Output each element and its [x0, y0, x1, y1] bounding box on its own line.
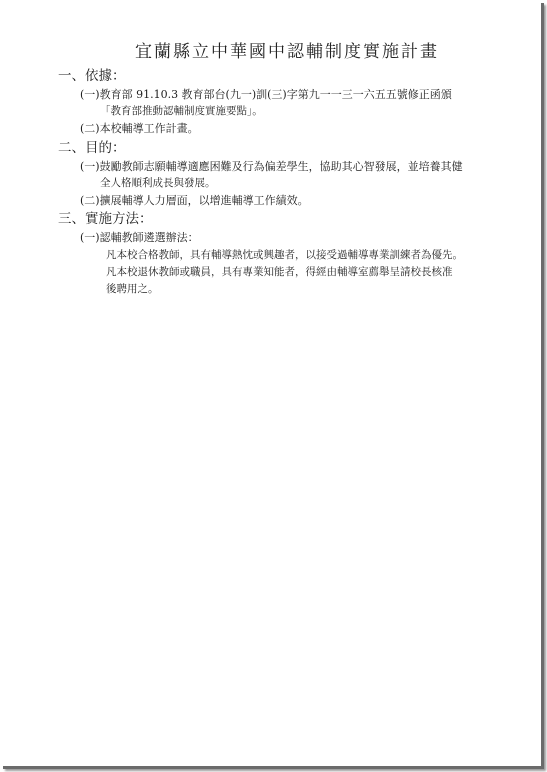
purpose-item-2: (二)擴展輔導人力層面，以增進輔導工作績效。	[80, 195, 309, 206]
basis-item-2: (二)本校輔導工作計畫。	[80, 123, 199, 134]
document-page: 宜蘭縣立中華國中認輔制度實施計畫 一、依據： (一)教育部 91.10.3 教育…	[0, 0, 541, 766]
methods-sub1-line: 後聘用之。	[106, 284, 159, 295]
section-heading-purpose: 二、目的：	[58, 142, 126, 156]
methods-sub1-heading: (一)認輔教師遴選辦法：	[80, 232, 199, 243]
basis-item-1: (一)教育部 91.10.3 教育部台(九一)訓(三)字第九一一三一六五五號修正…	[80, 89, 452, 100]
page-title: 宜蘭縣立中華國中認輔制度實施計畫	[135, 44, 439, 61]
methods-sub1-line: 凡本校退休教師或職員，具有專業知能者，得經由輔導室薦舉呈請校長核准	[106, 267, 453, 278]
section-heading-methods: 三、實施方法：	[58, 213, 153, 227]
purpose-item-1: (一)鼓勵教師志願輔導適應困難及行為偏差學生，協助其心智發展，並培養其健	[80, 161, 463, 172]
methods-sub1-line: 凡本校合格教師，具有輔導熱忱或興趣者，以接受過輔導專業訓練者為優先。	[106, 250, 463, 261]
purpose-item-1-cont: 全人格順利成長與發展。	[100, 178, 216, 189]
section-heading-basis: 一、依據：	[58, 70, 126, 84]
basis-item-1-cont: 「教育部推動認輔制度實施要點」。	[100, 106, 263, 117]
